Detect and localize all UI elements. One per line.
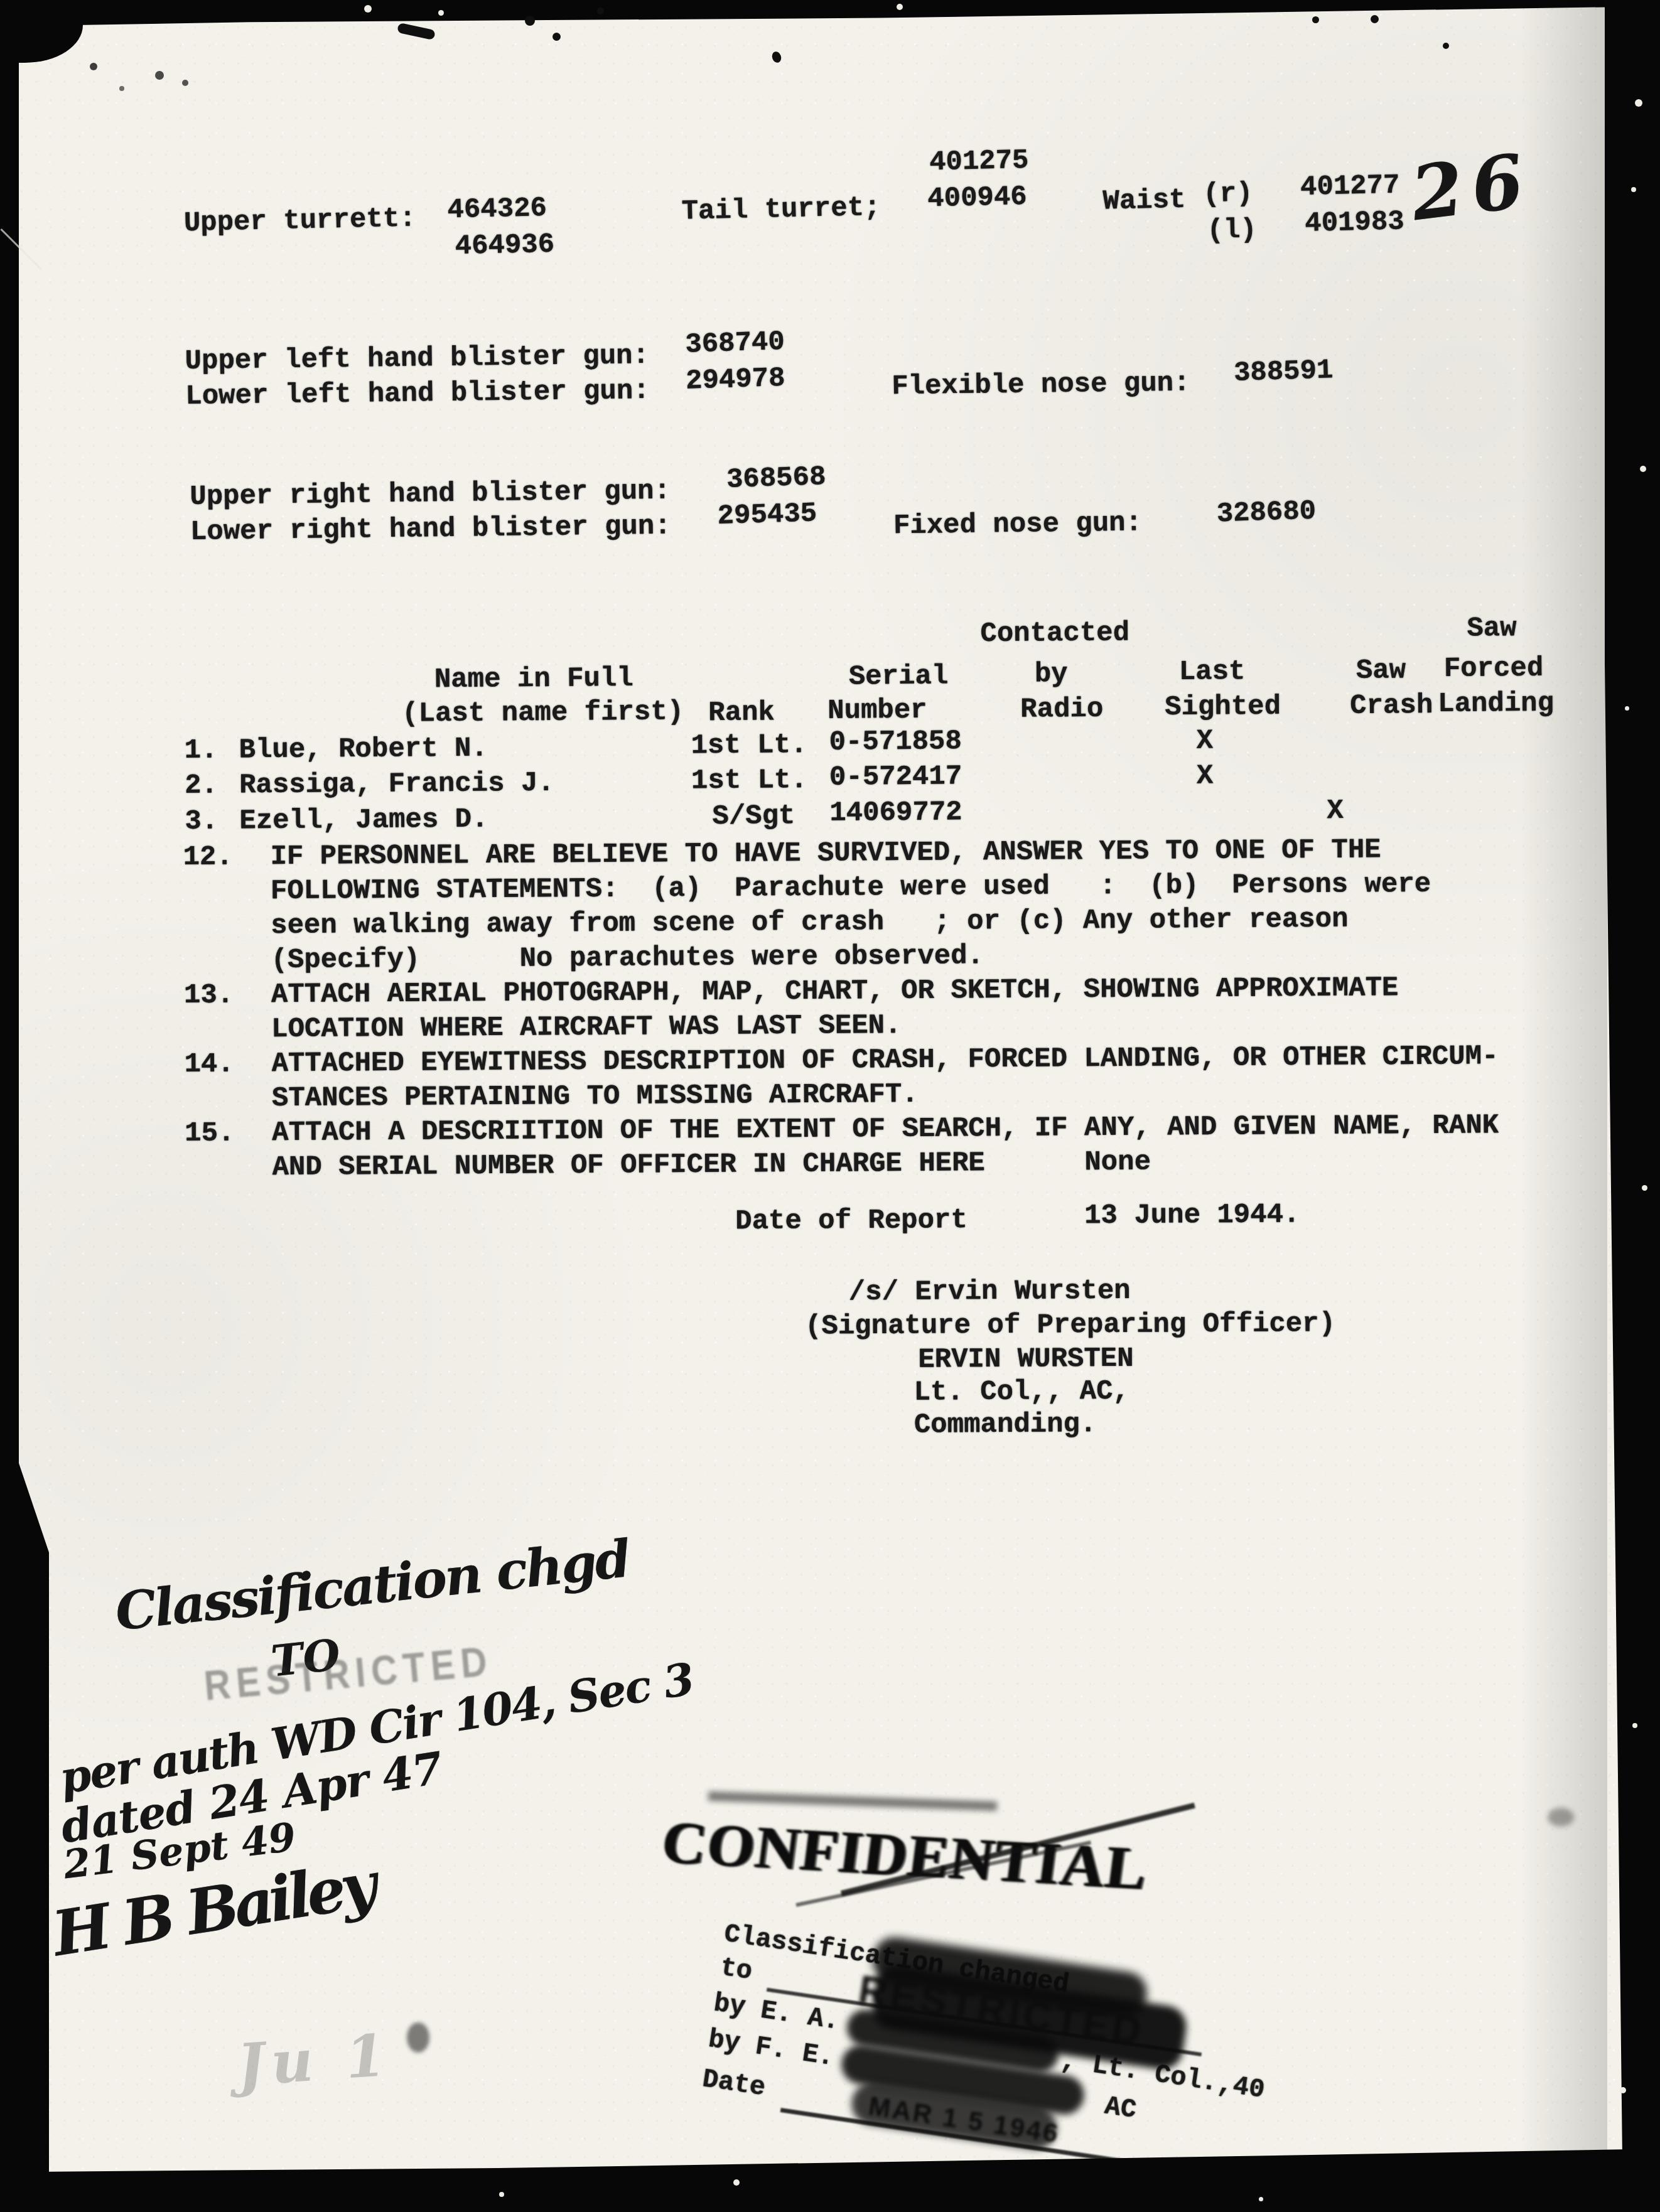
noise-speck-white [364,5,372,13]
noise-speck-white [1259,2197,1263,2201]
reclass-line-4-suffix: AC [1102,2092,1138,2125]
noise-speck [182,80,188,86]
noise-speck-white [1620,2087,1626,2093]
officer-name: ERVIN WURSTEN [918,1344,1134,1375]
scanned-document-page: Upper turrett: 464326 464936 401275 Tail… [0,0,1660,2212]
confidential-ghost-smear [708,1791,997,1811]
officer-rank: Lt. Col,, AC, [914,1377,1129,1408]
noise-speck-white [1642,1185,1647,1191]
noise-speck-white [1625,706,1629,711]
noise-speck-white [1631,187,1636,192]
confidential-stamp: CONFIDENTIAL [658,1808,1151,1904]
border-left-lower [0,1463,49,2212]
ink-dot [407,2022,429,2053]
noise-speck-white [1640,466,1646,472]
noise-speck [155,71,164,80]
reclass-line-2-prefix: to [718,1953,754,1987]
noise-speck [1548,1808,1574,1827]
noise-speck-white [1635,99,1642,107]
noise-speck [552,33,561,41]
noise-speck-white [499,2192,504,2197]
report-signature-block: Date of Report 13 June 1944. /s/ Ervin W… [0,0,1660,1510]
reclass-date-label: Date [701,2064,768,2103]
noise-speck-white [733,2179,740,2186]
faint-scribble: Ju 1 [235,2021,394,2100]
noise-speck-white [897,4,903,10]
noise-speck-white [438,10,444,16]
signature-line: /s/ Ervin Wursten [849,1276,1131,1308]
noise-speck [525,16,535,26]
right-edge-shadow [1519,0,1607,2212]
signature-caption: (Signature of Preparing Officer) [805,1309,1335,1342]
border-bottom [0,2145,1660,2212]
officer-role: Commanding. [914,1409,1097,1441]
noise-speck [1371,15,1379,23]
noise-speck [1312,16,1319,23]
date-of-report-value: 13 June 1944. [1084,1200,1300,1231]
noise-speck [1443,43,1449,49]
noise-speck [90,63,97,70]
noise-speck [119,86,124,91]
noise-speck [597,8,604,14]
handwritten-note-line-1: Classification chgd [112,1528,632,1642]
noise-speck-white [1632,1723,1637,1728]
date-of-report-label: Date of Report [735,1205,967,1237]
border-right [1602,0,1660,2212]
